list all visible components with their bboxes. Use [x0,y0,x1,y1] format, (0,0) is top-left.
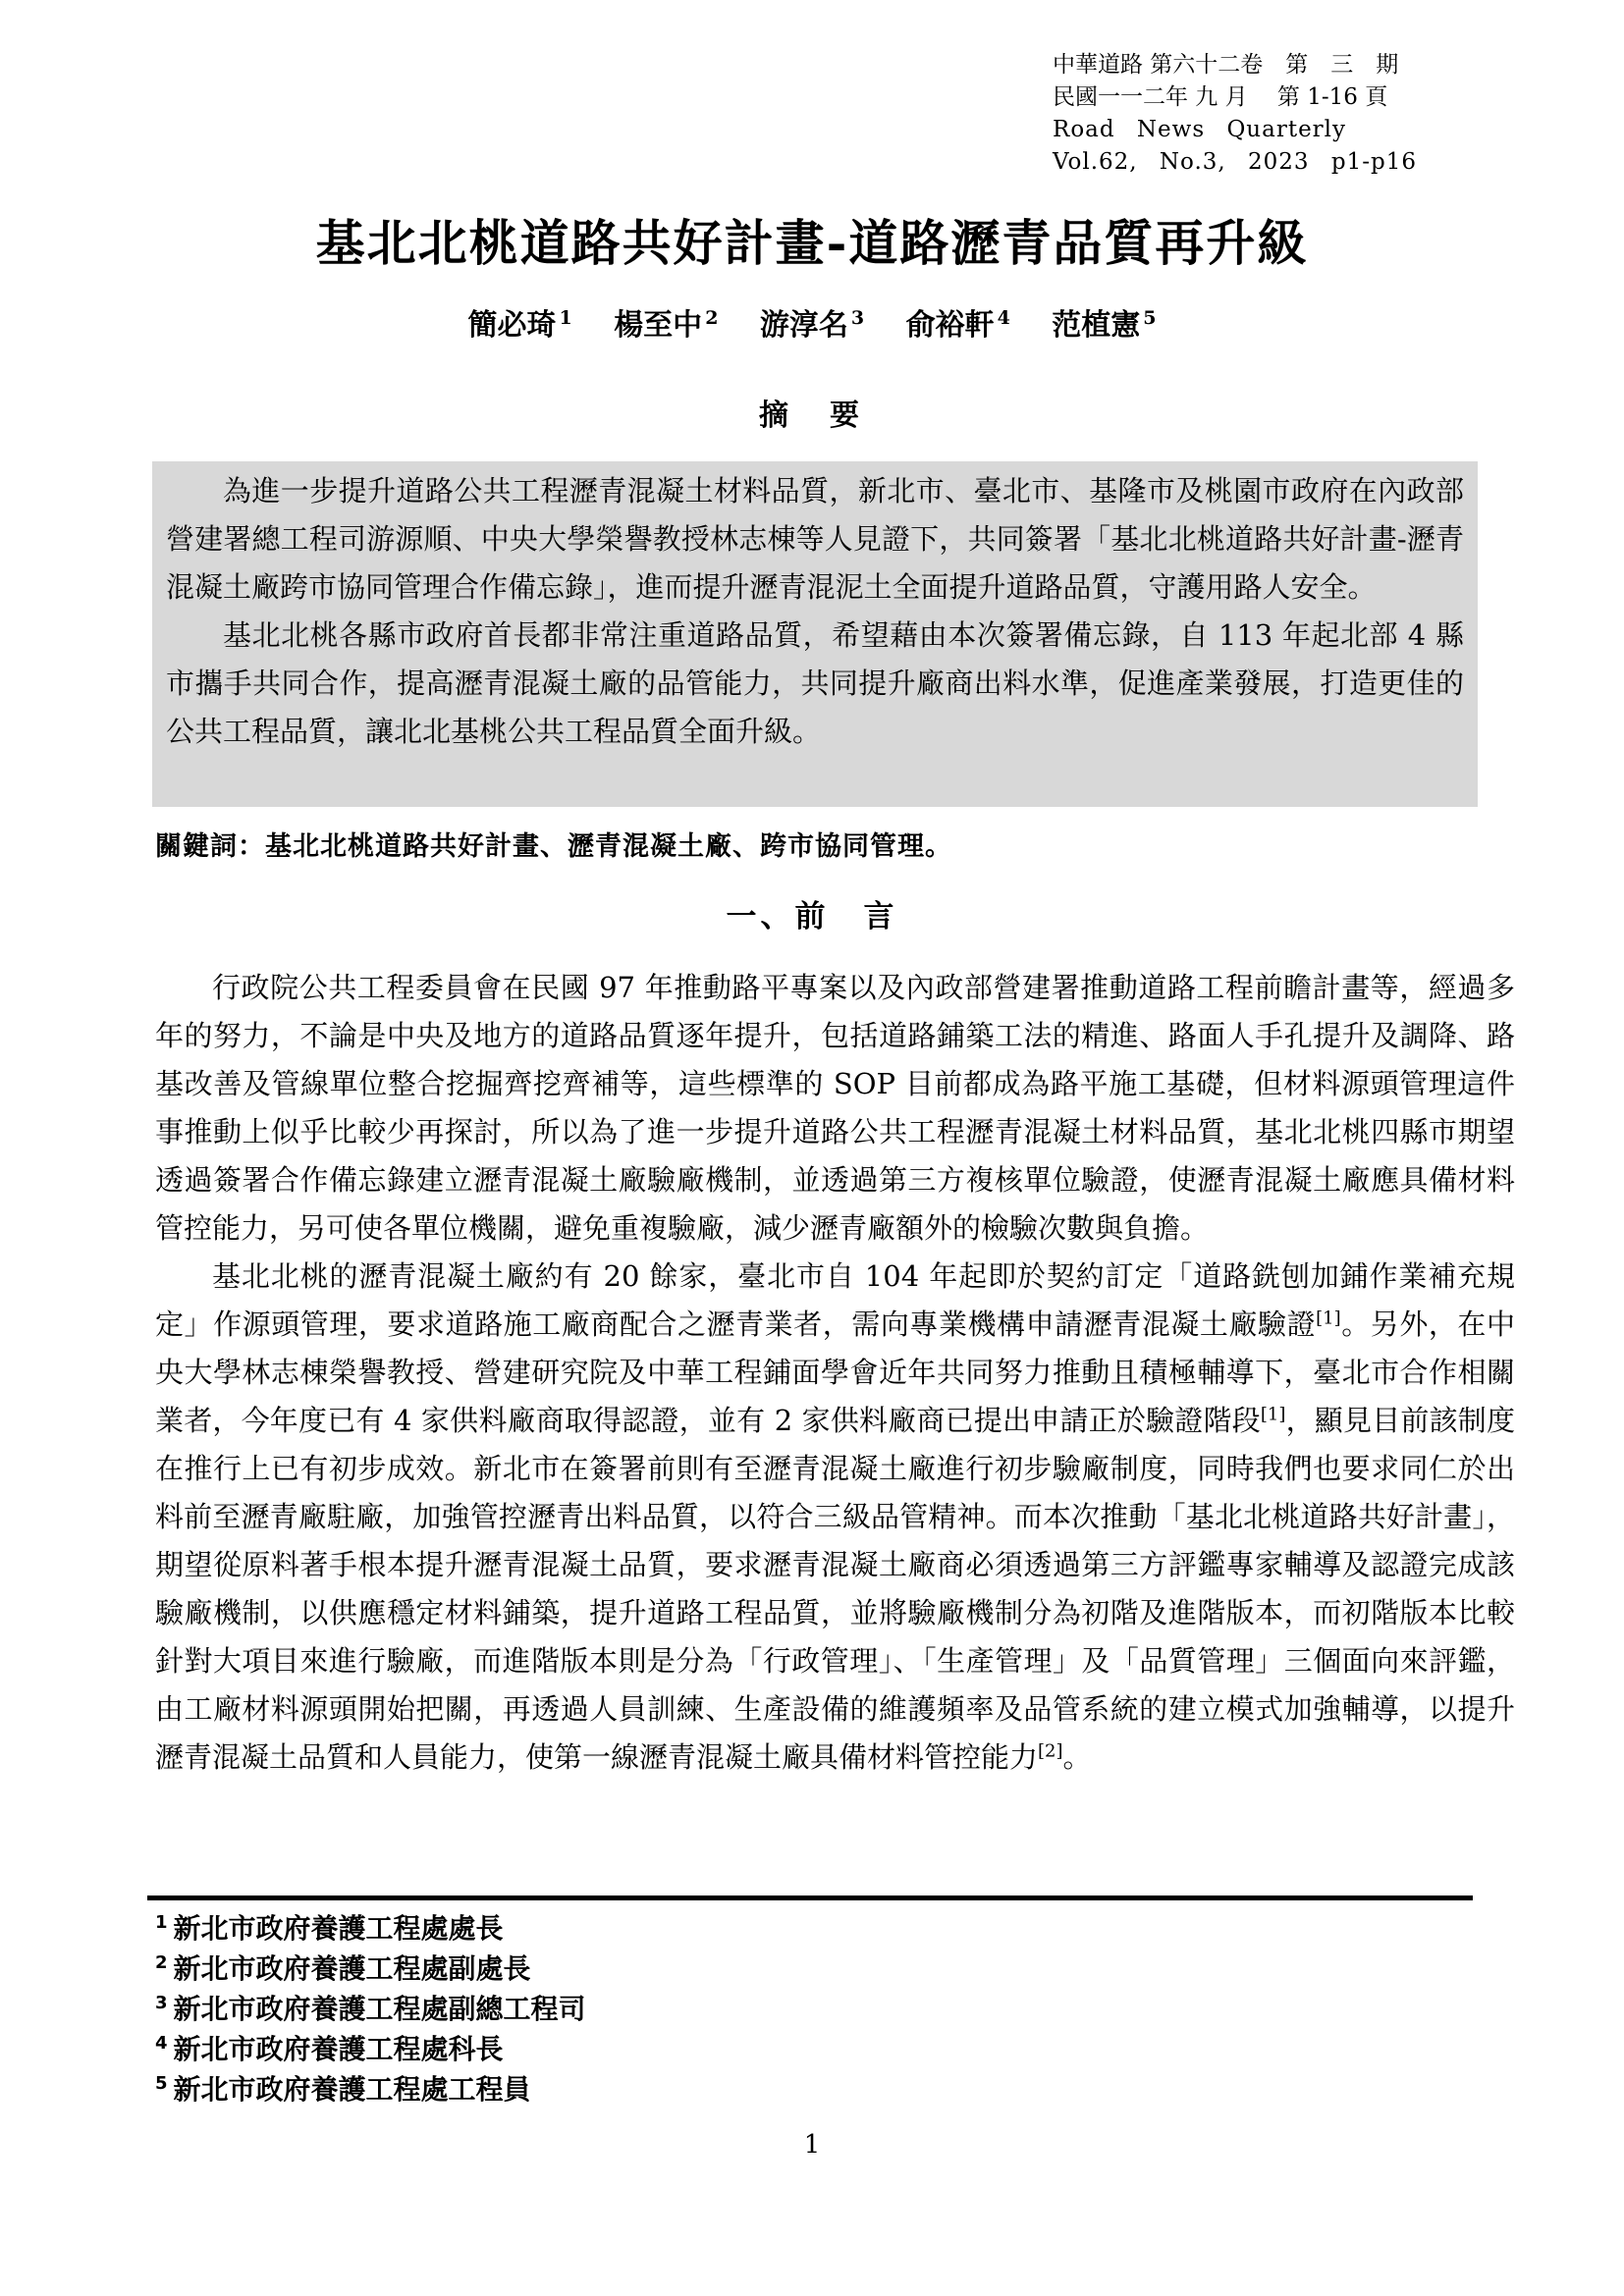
abstract-para-1: 為進一步提升道路公共工程瀝青混凝土材料品質，新北市、臺北市、基隆市及桃園市政府在… [166,467,1464,612]
citation-ref-1: [1] [1316,1308,1341,1328]
journal-date-line: 民國一一二年 九 月 第 1-16 頁 [1053,81,1417,114]
footnote-5: 5新北市政府養護工程處工程員 [155,2069,586,2109]
author-5: 范植憲5 [1052,308,1156,343]
journal-volume-english: Vol.62, No.3, 2023 p1-p16 [1053,146,1417,179]
footnote-5-sup: 5 [155,2073,168,2094]
intro-body: 行政院公共工程委員會在民國 97 年推動路平專案以及內政部營建署推動道路工程前瞻… [155,964,1515,1782]
footnote-1-sup: 1 [155,1912,168,1933]
footnote-3-sup: 3 [155,1993,168,2013]
author-4-name: 俞裕軒 [906,308,995,343]
footnote-4-sup: 4 [155,2033,168,2054]
abstract-box: 為進一步提升道路公共工程瀝青混凝土材料品質，新北市、臺北市、基隆市及桃園市政府在… [152,461,1478,807]
footnote-1-text: 新北市政府養護工程處處長 [174,1912,504,1945]
document-page: 中華道路 第六十二卷 第 三 期 民國一一二年 九 月 第 1-16 頁 Roa… [0,0,1624,2296]
author-1-affiliation-sup: 1 [560,307,572,329]
author-4: 俞裕軒4 [906,308,1010,343]
citation-ref-3: [2] [1038,1740,1063,1761]
authors-line: 簡必琦1 楊至中2 游淳名3 俞裕軒4 范植憲5 [0,300,1624,344]
footnote-1: 1新北市政府養護工程處處長 [155,1908,586,1949]
footnote-3: 3新北市政府養護工程處副總工程司 [155,1989,586,2029]
journal-header: 中華道路 第六十二卷 第 三 期 民國一一二年 九 月 第 1-16 頁 Roa… [1053,49,1417,179]
footnote-4: 4新北市政府養護工程處科長 [155,2029,586,2069]
author-4-affiliation-sup: 4 [998,307,1010,329]
abstract-heading: 摘 要 [0,391,1624,434]
intro-para-2-text: ，顯見目前該制度在推行上已有初步成效。新北市在簽署前則有至瀝青混凝土廠進行初步驗… [155,1404,1515,1774]
footnote-5-text: 新北市政府養護工程處工程員 [174,2073,531,2106]
footnote-4-text: 新北市政府養護工程處科長 [174,2033,504,2065]
footnote-2-sup: 2 [155,1952,168,1973]
author-3-affiliation-sup: 3 [851,307,864,329]
intro-para-2: 基北北桃的瀝青混凝土廠約有 20 餘家，臺北市自 104 年起即於契約訂定「道路… [155,1253,1515,1782]
journal-name-english: Road News Quarterly [1053,114,1417,146]
author-3-name: 游淳名 [760,308,848,343]
intro-para-1: 行政院公共工程委員會在民國 97 年推動路平專案以及內政部營建署推動道路工程前瞻… [155,964,1515,1253]
author-3: 游淳名3 [760,308,864,343]
page-number: 1 [0,2130,1624,2160]
citation-ref-2: [1] [1261,1404,1286,1424]
intro-para-2-text: 基北北桃的瀝青混凝土廠約有 20 餘家，臺北市自 104 年起即於契約訂定「道路… [155,1259,1515,1341]
section-heading-intro: 一、前 言 [0,891,1624,935]
author-2-name: 楊至中 [614,308,702,343]
author-1: 簡必琦1 [468,308,572,343]
intro-para-2-text: 。 [1063,1740,1092,1774]
author-1-name: 簡必琦 [468,308,557,343]
footnote-2-text: 新北市政府養護工程處副處長 [174,1952,531,1985]
author-5-name: 范植憲 [1052,308,1140,343]
abstract-para-2: 基北北桃各縣市政府首長都非常注重道路品質，希望藉由本次簽署備忘錄，自 113 年… [166,612,1464,756]
keywords-line: 關鍵詞：基北北桃道路共好計畫、瀝青混凝土廠、跨市協同管理。 [155,825,1515,863]
footnote-separator [147,1896,1473,1900]
footnote-2: 2新北市政府養護工程處副處長 [155,1949,586,1989]
author-2-affiliation-sup: 2 [705,307,718,329]
author-2: 楊至中2 [614,308,718,343]
footnotes: 1新北市政府養護工程處處長 2新北市政府養護工程處副處長 3新北市政府養護工程處… [155,1908,586,2109]
article-title: 基北北桃道路共好計畫-道路瀝青品質再升級 [0,204,1624,275]
footnote-3-text: 新北市政府養護工程處副總工程司 [174,1993,586,2025]
author-5-affiliation-sup: 5 [1143,307,1156,329]
journal-volume-line: 中華道路 第六十二卷 第 三 期 [1053,49,1417,81]
